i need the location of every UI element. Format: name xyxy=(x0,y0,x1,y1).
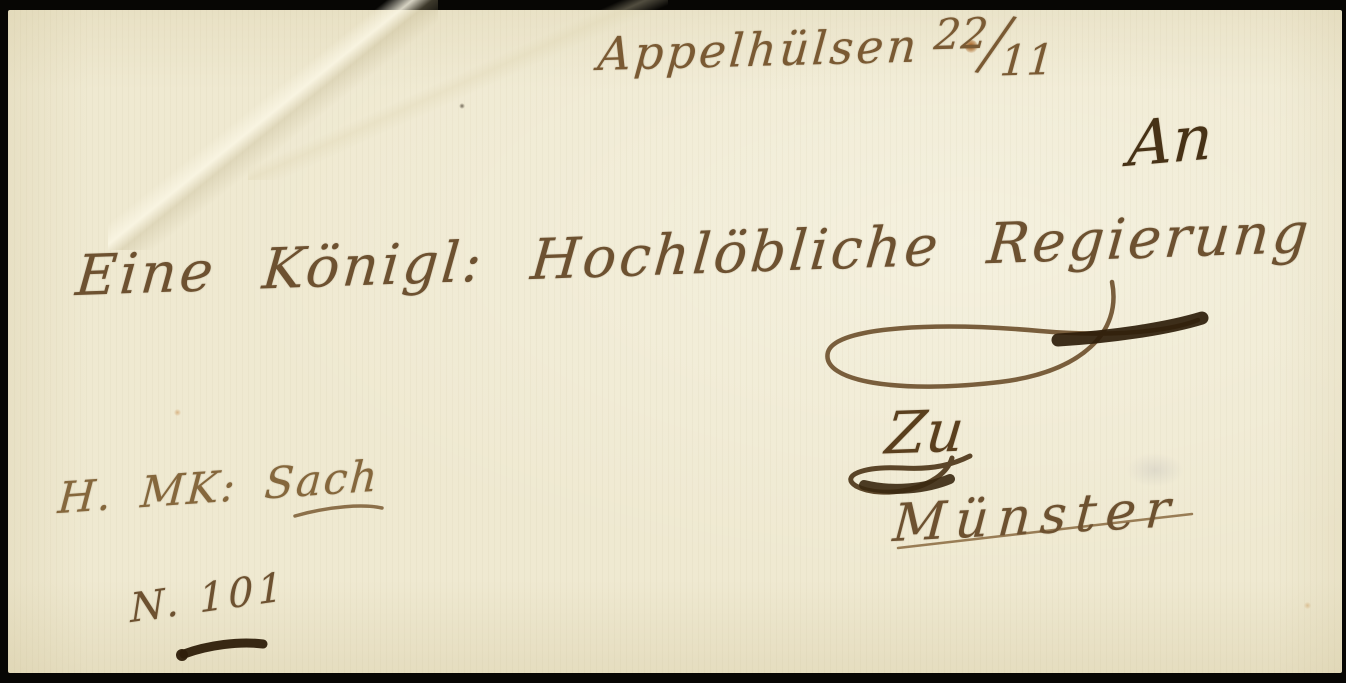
foxing-spot-rust xyxy=(965,40,978,53)
fold-crease-secondary xyxy=(248,0,668,180)
letter-paper xyxy=(8,10,1342,673)
foxing-spot-left xyxy=(174,409,181,416)
gray-smudge xyxy=(1126,453,1184,487)
ink-speck xyxy=(459,103,465,109)
foxing-spot-bottom-right xyxy=(1304,602,1311,609)
fold-crease xyxy=(108,0,438,250)
scanned-letter-cover: Appelhülsen22/11 An Eine Königl: Hochlöb… xyxy=(0,0,1346,683)
